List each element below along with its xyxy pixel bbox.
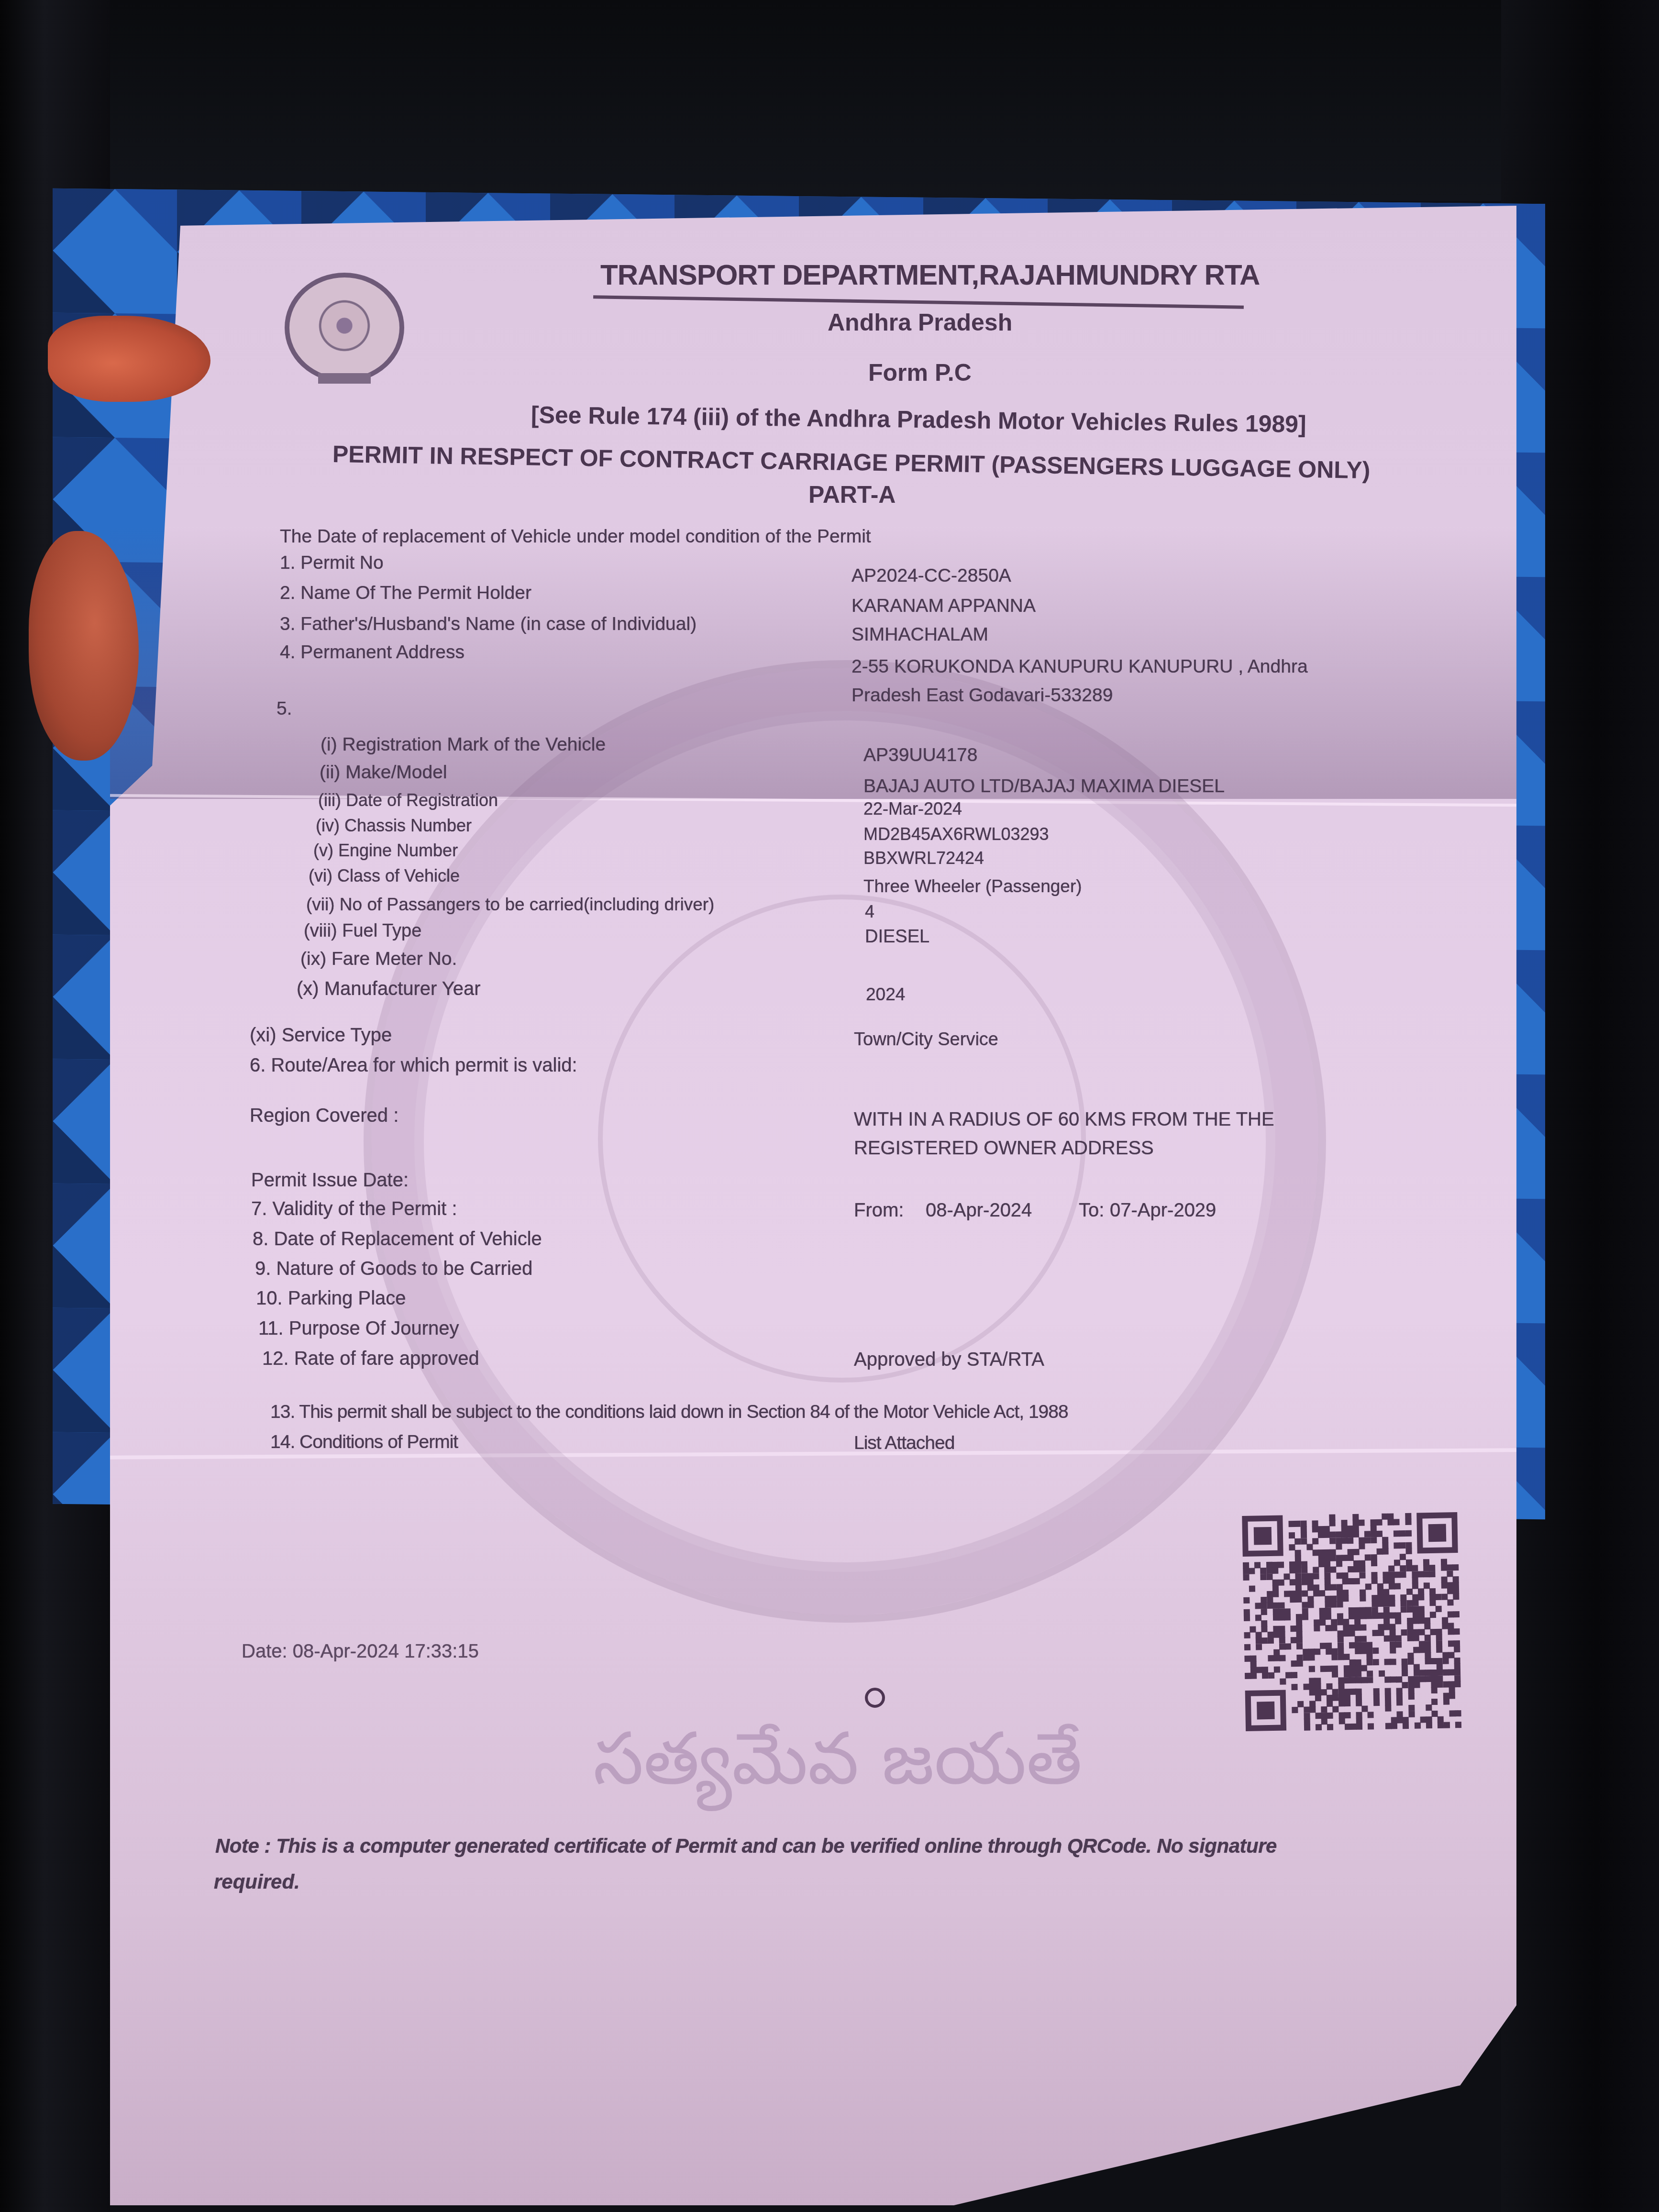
ap-state-emblem-icon [285,273,404,383]
vehicle-label: (v) Engine Number [313,841,458,861]
department-title: TRANSPORT DEPARTMENT,RAJAHMUNDRY RTA [600,258,1260,291]
note-line-2: required. [214,1870,300,1893]
vehicle-class: Three Wheeler (Passenger) [863,876,1082,896]
father-name: SIMHACHALAM [852,624,988,645]
vehicle-label: (ii) Make/Model [320,762,447,783]
form-name: Form P.C [868,359,972,387]
engine-number: BBXWRL72424 [863,848,984,868]
fuel-type: DIESEL [865,927,929,947]
make-model: BAJAJ AUTO LTD/BAJAJ MAXIMA DIESEL [863,776,1225,797]
registration-date: 22-Mar-2024 [863,799,962,819]
validity-label: 7. Validity of the Permit : [251,1198,457,1220]
manufacturer-year: 2024 [866,984,905,1005]
intro-line: The Date of replacement of Vehicle under… [280,526,871,547]
field-label: 8. Date of Replacement of Vehicle [253,1228,542,1250]
fare-approval: Approved by STA/RTA [854,1349,1044,1371]
clause-14-value: List Attached [854,1433,954,1454]
note-line: Note : This is a computer generated cert… [215,1835,1277,1858]
vehicle-label: (iv) Chassis Number [316,816,472,836]
field-label: 10. Parking Place [256,1288,406,1309]
validity-to-label: To: [1079,1200,1104,1221]
section-5-label: 5. [276,698,292,719]
registration-mark: AP39UU4178 [863,745,978,766]
validity-to-date: 07-Apr-2029 [1110,1200,1216,1221]
validity-from-label: From: [854,1200,904,1221]
region-value: WITH IN A RADIUS OF 60 KMS FROM THE THE [854,1109,1274,1130]
route-label: 6. Route/Area for which permit is valid: [250,1055,577,1076]
field-label: 3. Father's/Husband's Name (in case of I… [280,614,697,635]
field-label: 1. Permit No [280,553,384,574]
permit-number: AP2024-CC-2850A [852,565,1011,586]
dark-background-top [0,0,1659,201]
vehicle-label: (vii) No of Passangers to be carried(inc… [306,895,714,915]
vehicle-label: (viii) Fuel Type [304,921,421,941]
part-label: PART-A [808,481,896,509]
passenger-count: 4 [865,902,874,922]
permit-holder-name: KARANAM APPANNA [852,596,1036,617]
vehicle-label: (iii) Date of Registration [318,790,498,810]
generated-date: Date: 08-Apr-2024 17:33:15 [242,1641,479,1662]
service-type-label: (xi) Service Type [250,1025,392,1046]
region-value-line2: REGISTERED OWNER ADDRESS [854,1138,1154,1159]
vehicle-label: (vi) Class of Vehicle [309,866,460,886]
region-label: Region Covered : [250,1105,398,1127]
field-label: 11. Purpose Of Journey [258,1318,459,1339]
field-label: 4. Permanent Address [280,642,465,663]
permanent-address-line2: Pradesh East Godavari-533289 [852,685,1113,706]
watermark-motto: సత్యమేవ జయతే [593,1717,1082,1818]
qr-code-icon[interactable] [1242,1512,1460,1722]
vehicle-label: (x) Manufacturer Year [297,978,481,1000]
clause-13: 13. This permit shall be subject to the … [270,1402,1068,1423]
service-type-value: Town/City Service [854,1029,998,1050]
chassis-number: MD2B45AX6RWL03293 [863,824,1049,844]
issue-date-label: Permit Issue Date: [251,1170,409,1191]
vehicle-label: (i) Registration Mark of the Vehicle [321,734,606,755]
emblem-base [318,373,371,384]
permanent-address: 2-55 KORUKONDA KANUPURU KANUPURU , Andhr… [852,656,1308,677]
state-name: Andhra Pradesh [828,309,1012,336]
field-label: 12. Rate of fare approved [262,1348,479,1370]
field-label: 2. Name Of The Permit Holder [280,583,531,604]
validity-from-date: 08-Apr-2024 [926,1200,1032,1221]
vehicle-label: (ix) Fare Meter No. [300,949,457,970]
circle-mark-icon [865,1688,885,1708]
field-label: 9. Nature of Goods to be Carried [255,1258,532,1280]
clause-14-label: 14. Conditions of Permit [270,1432,458,1453]
